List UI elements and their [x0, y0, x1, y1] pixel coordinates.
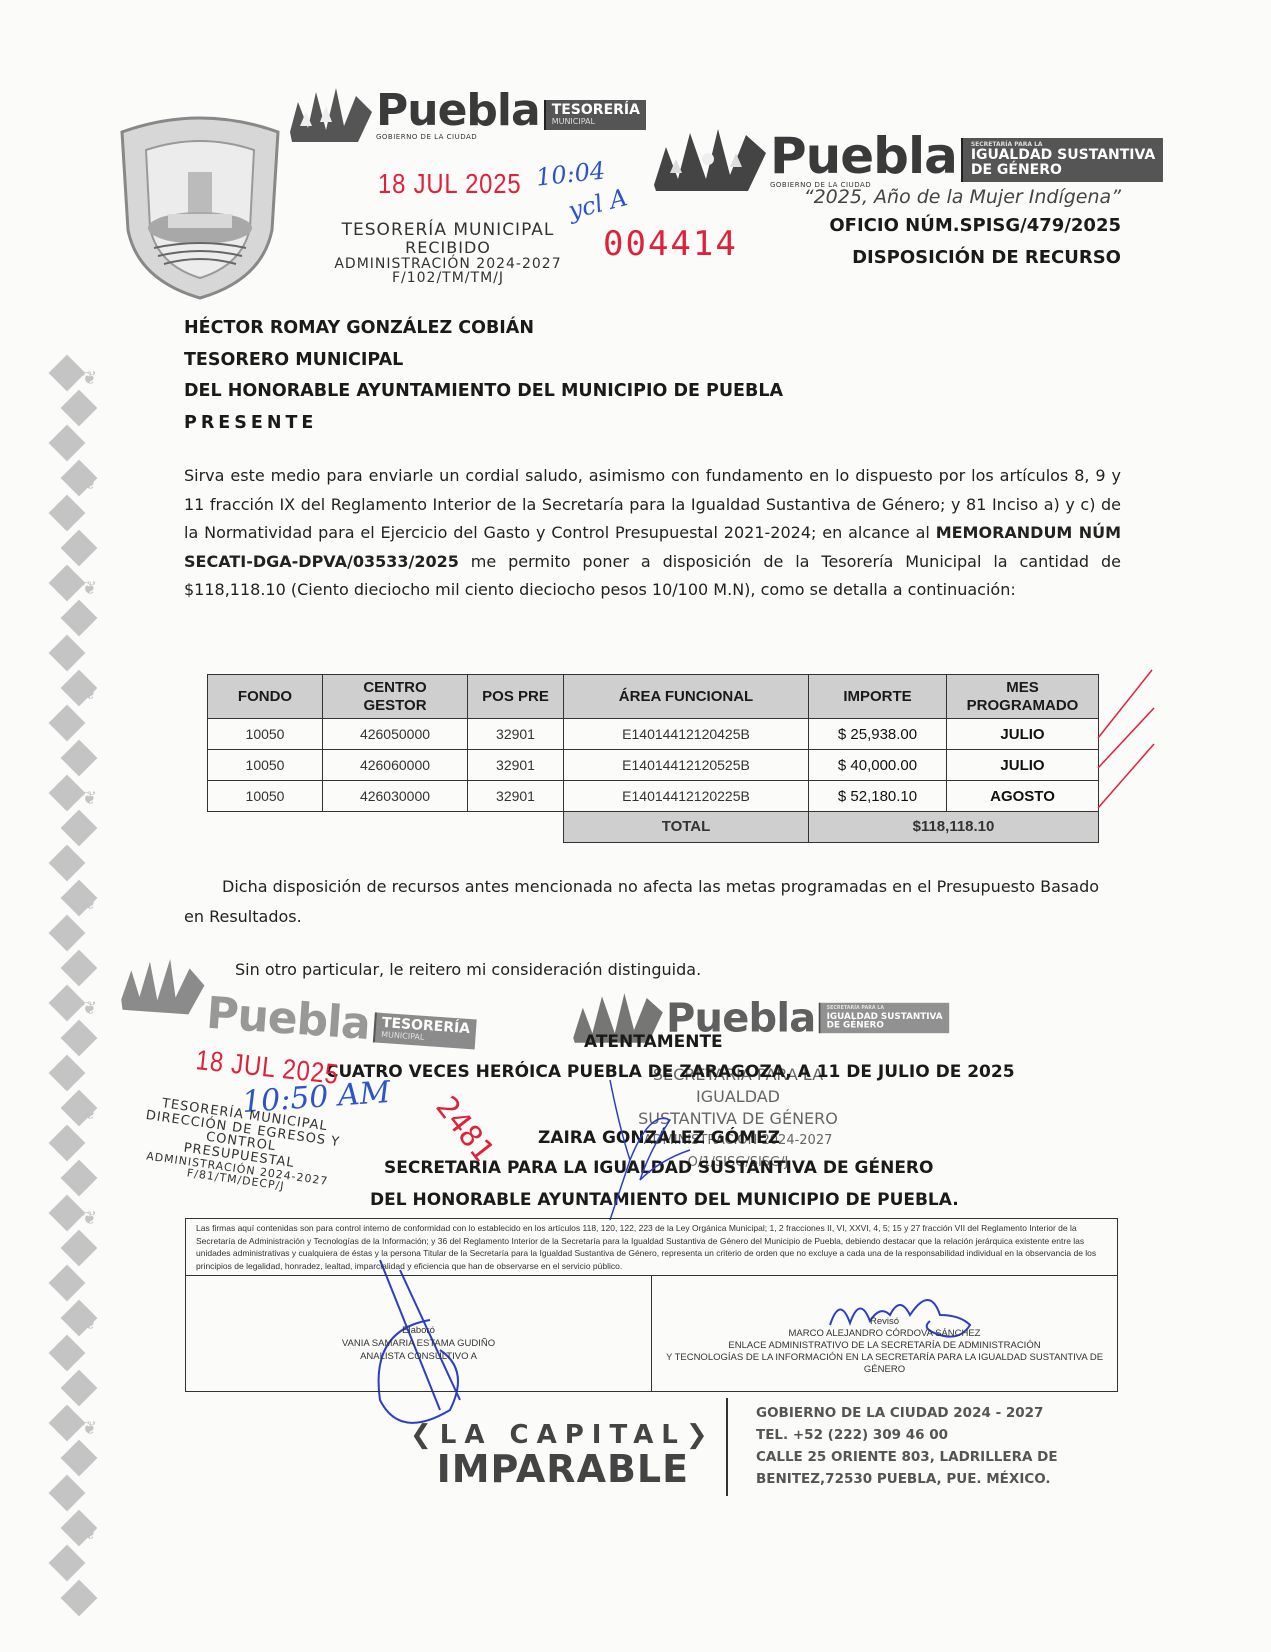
diamond-ornament-icon [49, 1545, 86, 1582]
diamond-ornament-icon [61, 1020, 98, 1057]
puebla-wordmark: Puebla [376, 89, 540, 133]
diamond-ornament-icon [49, 1125, 86, 1162]
leaf-ornament-icon: ❦ [82, 683, 97, 704]
diamond-ornament-icon [49, 705, 86, 742]
place-and-date: CUATRO VECES HERÓICA PUEBLA DE ZARAGOZA,… [326, 1062, 1015, 1082]
resources-table: FONDO CENTROGESTOR POS PRE ÁREA FUNCIONA… [207, 674, 1099, 843]
diamond-ornament-icon [49, 775, 86, 812]
diamond-ornament-icon [49, 355, 86, 392]
legal-note: Las firmas aquí contenidas son para cont… [186, 1219, 1117, 1276]
wing-left-icon: ❮ [410, 1420, 440, 1450]
diamond-ornament-icon [61, 1370, 98, 1407]
diamond-ornament-icon [49, 845, 86, 882]
red-check-marks [1096, 668, 1156, 818]
leaf-ornament-icon: ❦ [82, 998, 97, 1019]
presente-label: PRESENTE [184, 408, 783, 440]
total-value: $118,118.10 [809, 812, 1099, 843]
footer-divider [726, 1398, 728, 1496]
diamond-ornament-icon [49, 635, 86, 672]
internal-control-box: Las firmas aquí contenidas son para cont… [185, 1218, 1118, 1392]
body-paragraph: Sirva este medio para enviarle un cordia… [184, 462, 1121, 605]
diamond-ornament-icon [49, 1265, 86, 1302]
decorative-border: ❦❦❦❦❦❦❦❦❦❦❦❦ [52, 360, 102, 1630]
sisg-tag: SECRETARÍA PARA LA IGUALDAD SUSTANTIVA D… [961, 138, 1163, 182]
handwritten-time: 10:04 [535, 156, 607, 191]
slogan-line1: ❮LA CAPITAL❯ [410, 1420, 716, 1450]
leaf-ornament-icon: ❦ [82, 1103, 97, 1124]
document-subject: DISPOSICIÓN DE RECURSO [852, 247, 1121, 268]
signer-name: ZAIRA GONZÁLEZ GÓMEZ [538, 1128, 780, 1148]
puebla-emblem-icon [116, 950, 210, 1022]
col-fondo: FONDO [208, 675, 323, 719]
diamond-ornament-icon [49, 1475, 86, 1512]
total-label: TOTAL [564, 812, 809, 843]
col-area-funcional: ÁREA FUNCIONAL [564, 675, 809, 719]
elaboro-name: VANIA SAMARIA ESTAMA GUDIÑO [186, 1337, 651, 1350]
leaf-ornament-icon: ❦ [82, 893, 97, 914]
col-mes-programado: MESPROGRAMADO [947, 675, 1099, 719]
addressee-position: TESORERO MUNICIPAL [184, 345, 783, 377]
puebla-emblem-icon [650, 125, 770, 195]
signer-institution: DEL HONORABLE AYUNTAMIENTO DEL MUNICIPIO… [370, 1190, 959, 1210]
diamond-ornament-icon [61, 1580, 98, 1617]
diamond-ornament-icon [49, 1405, 86, 1442]
diamond-ornament-icon [49, 565, 86, 602]
stamp-logo-tesoreria: Puebla TESORERÍA MUNICIPAL [115, 936, 481, 1055]
diamond-ornament-icon [49, 915, 86, 952]
received-date-stamp: 18 JUL 2025 [378, 168, 521, 200]
puebla-wordmark: Puebla [770, 131, 957, 181]
year-motto: “2025, Año de la Mujer Indígena” [804, 186, 1121, 208]
table-row: 10050 426060000 32901 E14014412120525B $… [208, 750, 1099, 781]
diamond-ornament-icon [49, 1195, 86, 1232]
puebla-emblem-icon [286, 82, 376, 148]
diamond-ornament-icon [49, 1335, 86, 1372]
diamond-ornament-icon [61, 530, 98, 567]
tesoreria-tag: TESORERÍA MUNICIPAL [544, 100, 646, 129]
diamond-ornament-icon [49, 985, 86, 1022]
diamond-ornament-icon [49, 1055, 86, 1092]
elaboro-cell: Elaboró VANIA SAMARIA ESTAMA GUDIÑO ANAL… [186, 1276, 651, 1391]
table-row: 10050 426030000 32901 E14014412120225B $… [208, 781, 1099, 812]
red-control-number: 2481 [428, 1090, 500, 1168]
diamond-ornament-icon [61, 810, 98, 847]
table-row: 10050 426050000 32901 E14014412120425B $… [208, 719, 1099, 750]
footer-contact: GOBIERNO DE LA CIUDAD 2024 - 2027 TEL. +… [756, 1402, 1058, 1490]
footer-slogan-logo: ❮LA CAPITAL❯ IMPARABLE [410, 1420, 716, 1488]
leaf-ornament-icon: ❦ [82, 473, 97, 494]
leaf-ornament-icon: ❦ [82, 1418, 97, 1439]
diamond-ornament-icon [61, 1160, 98, 1197]
folio-number: 004414 [603, 224, 738, 264]
leaf-ornament-icon: ❦ [82, 788, 97, 809]
diamond-ornament-icon [49, 425, 86, 462]
logo-puebla-tesoreria: Puebla GOBIERNO DE LA CIUDAD TESORERÍA M… [286, 82, 646, 148]
leaf-ornament-icon: ❦ [82, 368, 97, 389]
diamond-ornament-icon [61, 1230, 98, 1267]
phone-number: TEL. +52 (222) 309 46 00 [756, 1424, 1058, 1446]
leaf-ornament-icon: ❦ [82, 1208, 97, 1229]
address-line2: BENITEZ,72530 PUEBLA, PUE. MÉXICO. [756, 1468, 1058, 1490]
col-centro-gestor: CENTROGESTOR [323, 675, 468, 719]
diamond-ornament-icon [61, 1440, 98, 1477]
leaf-ornament-icon: ❦ [82, 578, 97, 599]
diamond-ornament-icon [61, 740, 98, 777]
table-total-row: TOTAL $118,118.10 [208, 812, 1099, 843]
slogan-line2: IMPARABLE [410, 1450, 716, 1488]
address-line1: CALLE 25 ORIENTE 803, LADRILLERA DE [756, 1446, 1058, 1468]
reviso-name: MARCO ALEJANDRO CÓRDOVA SÁNCHEZ [652, 1328, 1117, 1340]
col-importe: IMPORTE [809, 675, 947, 719]
addressee-institution: DEL HONORABLE AYUNTAMIENTO DEL MUNICIPIO… [184, 376, 783, 408]
atentamente-label: ATENTAMENTE [584, 1032, 723, 1052]
leaf-ornament-icon: ❦ [82, 1523, 97, 1544]
diamond-ornament-icon [61, 390, 98, 427]
diamond-ornament-icon [61, 600, 98, 637]
closing-paragraph: Dicha disposición de recursos antes menc… [184, 872, 1121, 932]
addressee-block: HÉCTOR ROMAY GONZÁLEZ COBIÁN TESORERO MU… [184, 313, 783, 439]
elaboro-title: ANALISTA CONSULTIVO A [186, 1350, 651, 1363]
oficio-number: OFICIO NÚM.SPISG/479/2025 [829, 215, 1121, 236]
table-header-row: FONDO CENTROGESTOR POS PRE ÁREA FUNCIONA… [208, 675, 1099, 719]
diamond-ornament-icon [49, 495, 86, 532]
addressee-name: HÉCTOR ROMAY GONZÁLEZ COBIÁN [184, 313, 783, 345]
received-stamp-text: TESORERÍA MUNICIPAL RECIBIDO ADMINISTRAC… [318, 222, 578, 286]
leaf-ornament-icon: ❦ [82, 1313, 97, 1334]
wing-right-icon: ❯ [686, 1420, 716, 1450]
reviso-cell: Revisó MARCO ALEJANDRO CÓRDOVA SÁNCHEZ E… [651, 1276, 1117, 1391]
diamond-ornament-icon [61, 950, 98, 987]
handwritten-initials: ycl A [565, 183, 630, 225]
logo-puebla-sisg: Puebla GOBIERNO DE LA CIUDAD SECRETARÍA … [650, 125, 1163, 195]
col-pos-pre: POS PRE [468, 675, 564, 719]
coat-of-arms-seal [112, 110, 288, 302]
